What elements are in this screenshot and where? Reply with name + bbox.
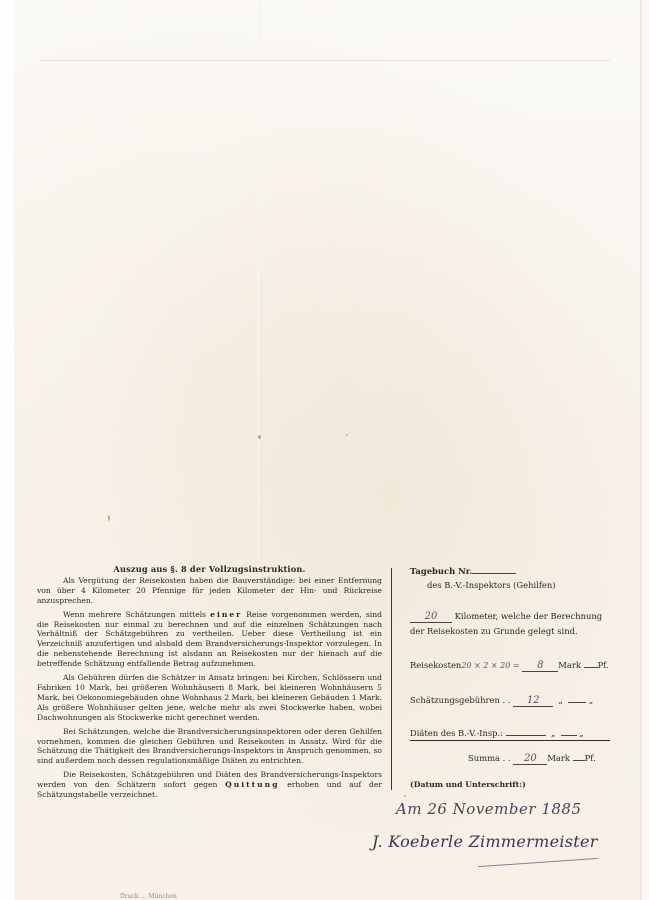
schaetzung-row: Schätzungsgebühren . . 12 „ „ (410, 695, 593, 707)
summa-label: Summa . . (468, 753, 511, 763)
instruction-paragraph: Die Reisekosten, Schätzgebühren und Diät… (37, 770, 382, 800)
instruction-paragraph: Als Vergütung der Reisekosten haben die … (37, 576, 382, 606)
km-field: 20 (410, 611, 452, 623)
km-text-2: der Reisekosten zu Grunde gelegt sind. (410, 626, 578, 636)
schaetzung-mark-field: 12 (513, 695, 553, 707)
instruction-paragraph: Bei Schätzungen, welche die Brandversich… (37, 727, 382, 767)
reisekosten-row: Reisekosten20 × 2 × 20 = 8Mark Pf. (410, 660, 609, 672)
reisekosten-mark-field: 8 (522, 660, 558, 672)
ditto-mark: „ (589, 695, 593, 705)
tagebuch-row: Tagebuch Nr. (410, 566, 516, 576)
mark-label: Mark (547, 753, 570, 763)
stain-mark (258, 435, 261, 439)
sum-rule (410, 740, 610, 741)
summa-pf-field (573, 760, 585, 761)
datum-label: (Datum und Unterschrift:) (410, 780, 526, 789)
schaetzung-pf-field (568, 702, 586, 703)
ditto-mark: „ (559, 695, 563, 705)
summa-mark-field: 20 (513, 753, 547, 765)
tagebuch-label: Tagebuch Nr. (410, 566, 472, 576)
handwritten-signature: J. Koeberle Zimmermeister (372, 832, 598, 851)
instruction-title: Auszug aus §. 8 der Vollzugsinstruktion. (37, 565, 382, 575)
diaeten-pf-field (561, 735, 577, 736)
diaeten-mark-field (506, 735, 546, 736)
paper-edge (0, 0, 15, 900)
inspector-label: des B.-V.-Inspektors (Gehilfen) (427, 580, 556, 590)
instruction-excerpt: Auszug aus §. 8 der Vollzugsinstruktion.… (37, 565, 382, 804)
column-divider (391, 568, 392, 790)
km-row: 20 Kilometer, welche der Berechnung (410, 611, 602, 623)
printer-imprint: Druck … München (120, 893, 540, 900)
pf-label: Pf. (598, 660, 609, 670)
tagebuch-field (472, 573, 516, 574)
pf-label: Pf. (585, 753, 596, 763)
schaetzung-label: Schätzungsgebühren . . (410, 695, 511, 705)
fold-crease (258, 0, 260, 560)
stain-mark (346, 434, 348, 436)
reisekosten-pf-field (584, 667, 598, 668)
mark-label: Mark (558, 660, 581, 670)
summa-row: Summa . . 20Mark Pf. (468, 753, 596, 765)
stain-mark (108, 515, 110, 521)
handwritten-date: Am 26 November 1885 (396, 800, 582, 818)
ditto-mark: „ (551, 728, 555, 738)
instruction-paragraph: Als Gebühren dürfen die Schätzer in Ansa… (37, 673, 382, 723)
ditto-mark: „ (579, 728, 583, 738)
document-page: Auszug aus §. 8 der Vollzugsinstruktion.… (0, 0, 649, 900)
reisekosten-calc: 20 × 2 × 20 = (461, 661, 519, 670)
diaeten-label: Diäten des B.-V.-Insp.: (410, 728, 503, 738)
stain-mark (404, 795, 406, 797)
km-text: Kilometer, welche der Berechnung (455, 611, 602, 621)
faint-rule (40, 60, 610, 61)
diaeten-row: Diäten des B.-V.-Insp.: „ „ (410, 728, 584, 738)
instruction-paragraph: Wenn mehrere Schätzungen mittels einer R… (37, 610, 382, 669)
reisekosten-label: Reisekosten (410, 660, 461, 670)
